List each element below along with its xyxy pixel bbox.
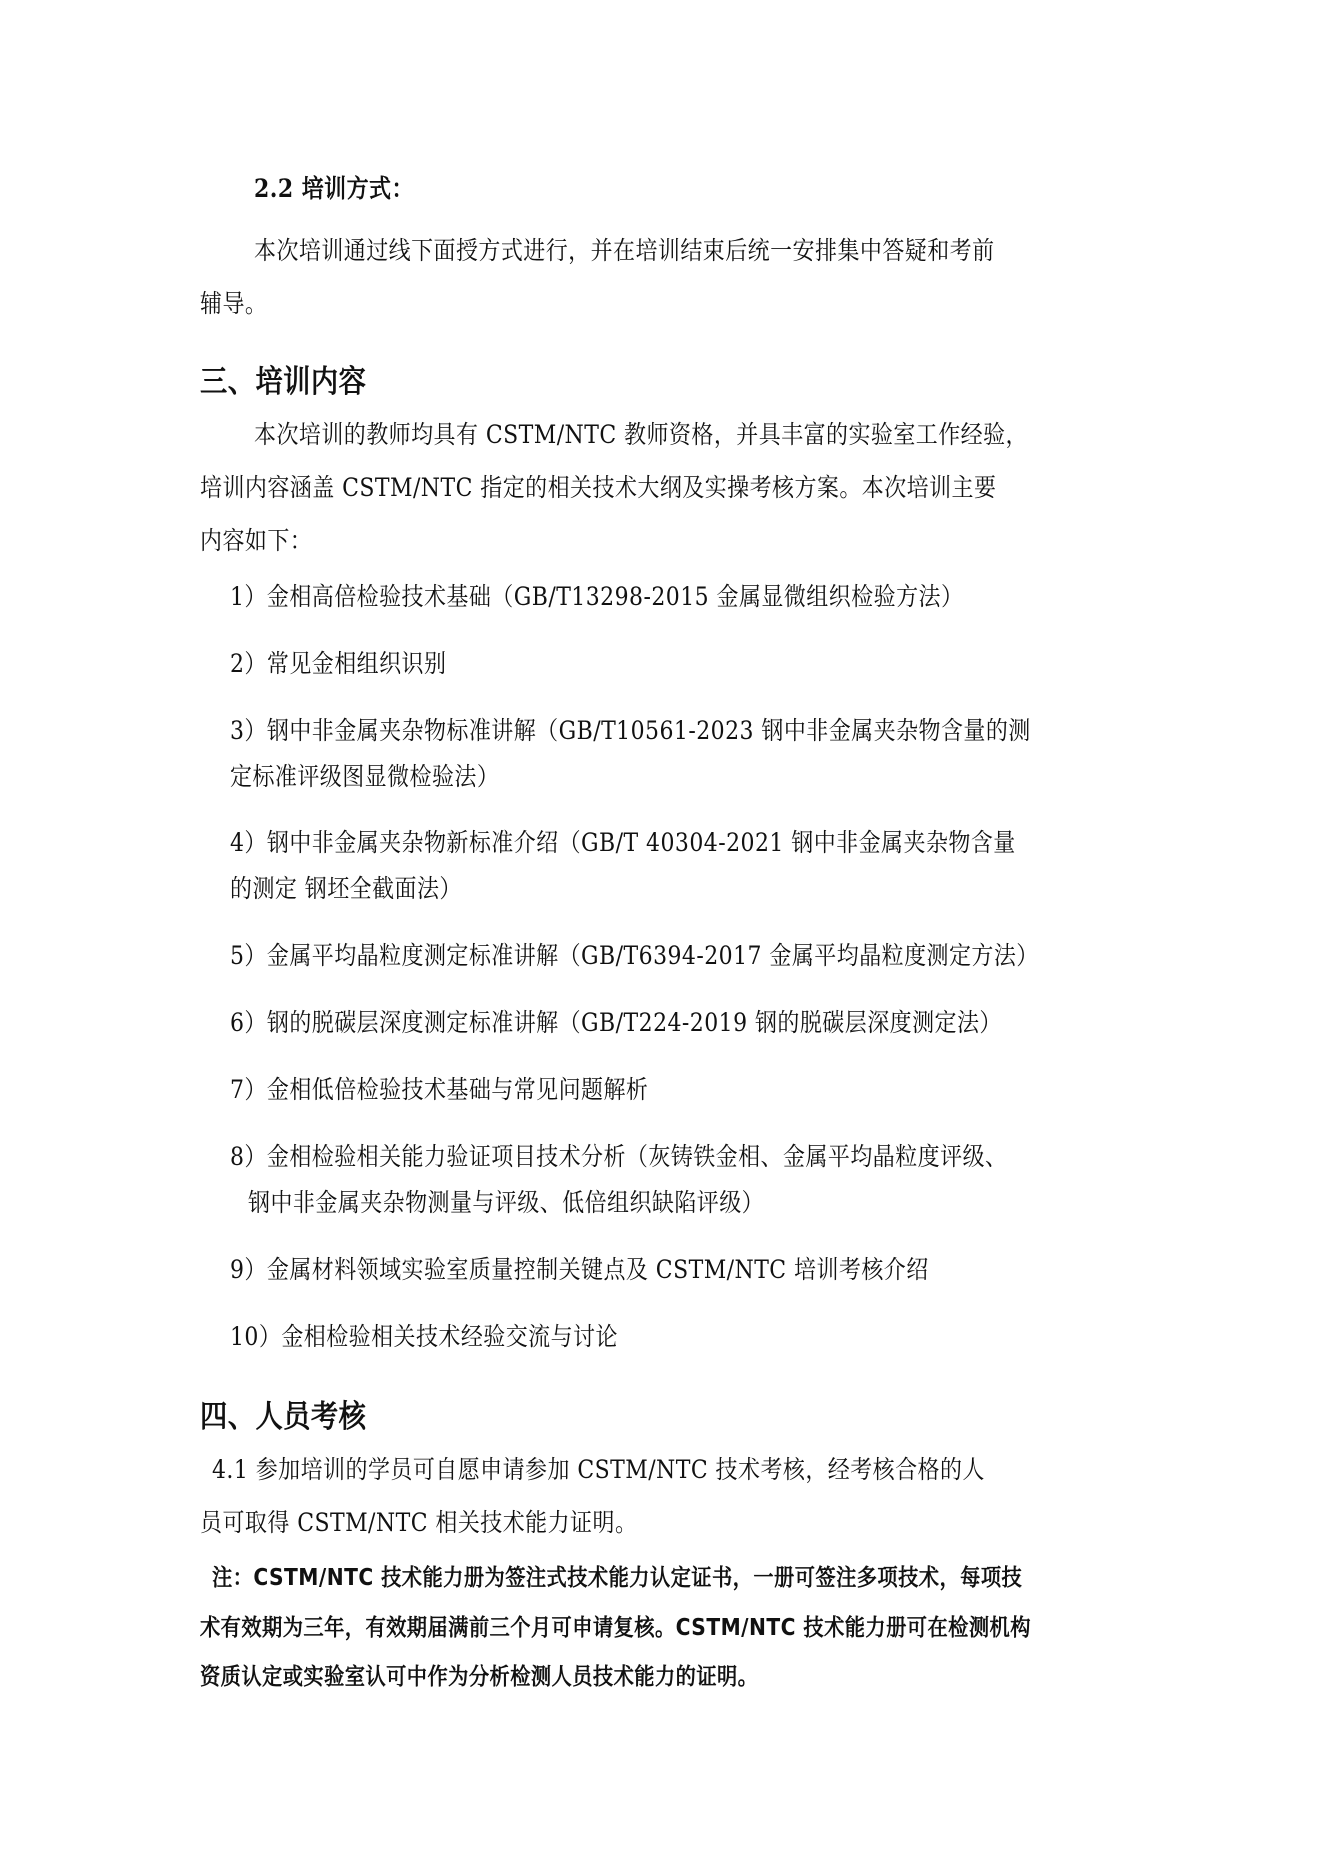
content-list-item-2: 2）常见金相组织识别 — [230, 647, 446, 681]
content-list-item-5: 5）金属平均晶粒度测定标准讲解（GB/T6394-2017 金属平均晶粒度测定方… — [230, 939, 1039, 973]
section-2-2-paragraph-line: 本次培训通过线下面授方式进行，并在培训结束后统一安排集中答疑和考前 — [254, 234, 995, 268]
content-list-item-3: 3）钢中非金属夹杂物标准讲解（GB/T10561-2023 钢中非金属夹杂物含量… — [230, 714, 1031, 748]
content-list-item-7: 7）金相低倍检验技术基础与常见问题解析 — [230, 1073, 648, 1107]
section-4-1-paragraph-line: 4.1 参加培训的学员可自愿申请参加 CSTM/NTC 技术考核，经考核合格的人 — [212, 1453, 985, 1487]
section-4-1-paragraph-line: 员可取得 CSTM/NTC 相关技术能力证明。 — [200, 1506, 637, 1540]
content-list-item-3-cont: 定标准评级图显微检验法） — [230, 760, 499, 794]
section-3-intro-line: 培训内容涵盖 CSTM/NTC 指定的相关技术大纲及实操考核方案。本次培训主要 — [200, 471, 996, 505]
content-list-item-8-cont: 钢中非金属夹杂物测量与评级、低倍组织缺陷评级） — [248, 1186, 764, 1220]
document-page: 2.2 培训方式： 本次培训通过线下面授方式进行，并在培训结束后统一安排集中答疑… — [0, 0, 1323, 1871]
content-list-item-4: 4）钢中非金属夹杂物新标准介绍（GB/T 40304-2021 钢中非金属夹杂物… — [230, 826, 1016, 860]
content-list-item-9: 9）金属材料领域实验室质量控制关键点及 CSTM/NTC 培训考核介绍 — [230, 1253, 929, 1287]
content-list-item-6: 6）钢的脱碳层深度测定标准讲解（GB/T224-2019 钢的脱碳层深度测定法） — [230, 1006, 1002, 1040]
section-3-intro-line: 本次培训的教师均具有 CSTM/NTC 教师资格，并具丰富的实验室工作经验， — [254, 418, 1028, 452]
section-3-intro-line: 内容如下： — [200, 524, 312, 558]
note-line: 资质认定或实验室认可中作为分析检测人员技术能力的证明。 — [200, 1660, 758, 1694]
note-line: 注：CSTM/NTC 技术能力册为签注式技术能力认定证书，一册可签注多项技术，每… — [212, 1561, 1022, 1595]
content-list-item-4-cont: 的测定 钢坯全截面法） — [230, 872, 462, 906]
content-list-item-1: 1）金相高倍检验技术基础（GB/T13298-2015 金属显微组织检验方法） — [230, 580, 963, 614]
note-line: 术有效期为三年，有效期届满前三个月可申请复核。CSTM/NTC 技术能力册可在检… — [200, 1611, 1031, 1645]
section-4-heading: 四、人员考核 — [200, 1397, 366, 1437]
section-2-2-heading: 2.2 培训方式： — [254, 172, 414, 206]
section-2-2-paragraph-line: 辅导。 — [200, 287, 267, 321]
section-3-heading: 三、培训内容 — [200, 362, 366, 402]
content-list-item-10: 10）金相检验相关技术经验交流与讨论 — [230, 1320, 618, 1354]
content-list-item-8: 8）金相检验相关能力验证项目技术分析（灰铸铁金相、金属平均晶粒度评级、 — [230, 1140, 1007, 1174]
